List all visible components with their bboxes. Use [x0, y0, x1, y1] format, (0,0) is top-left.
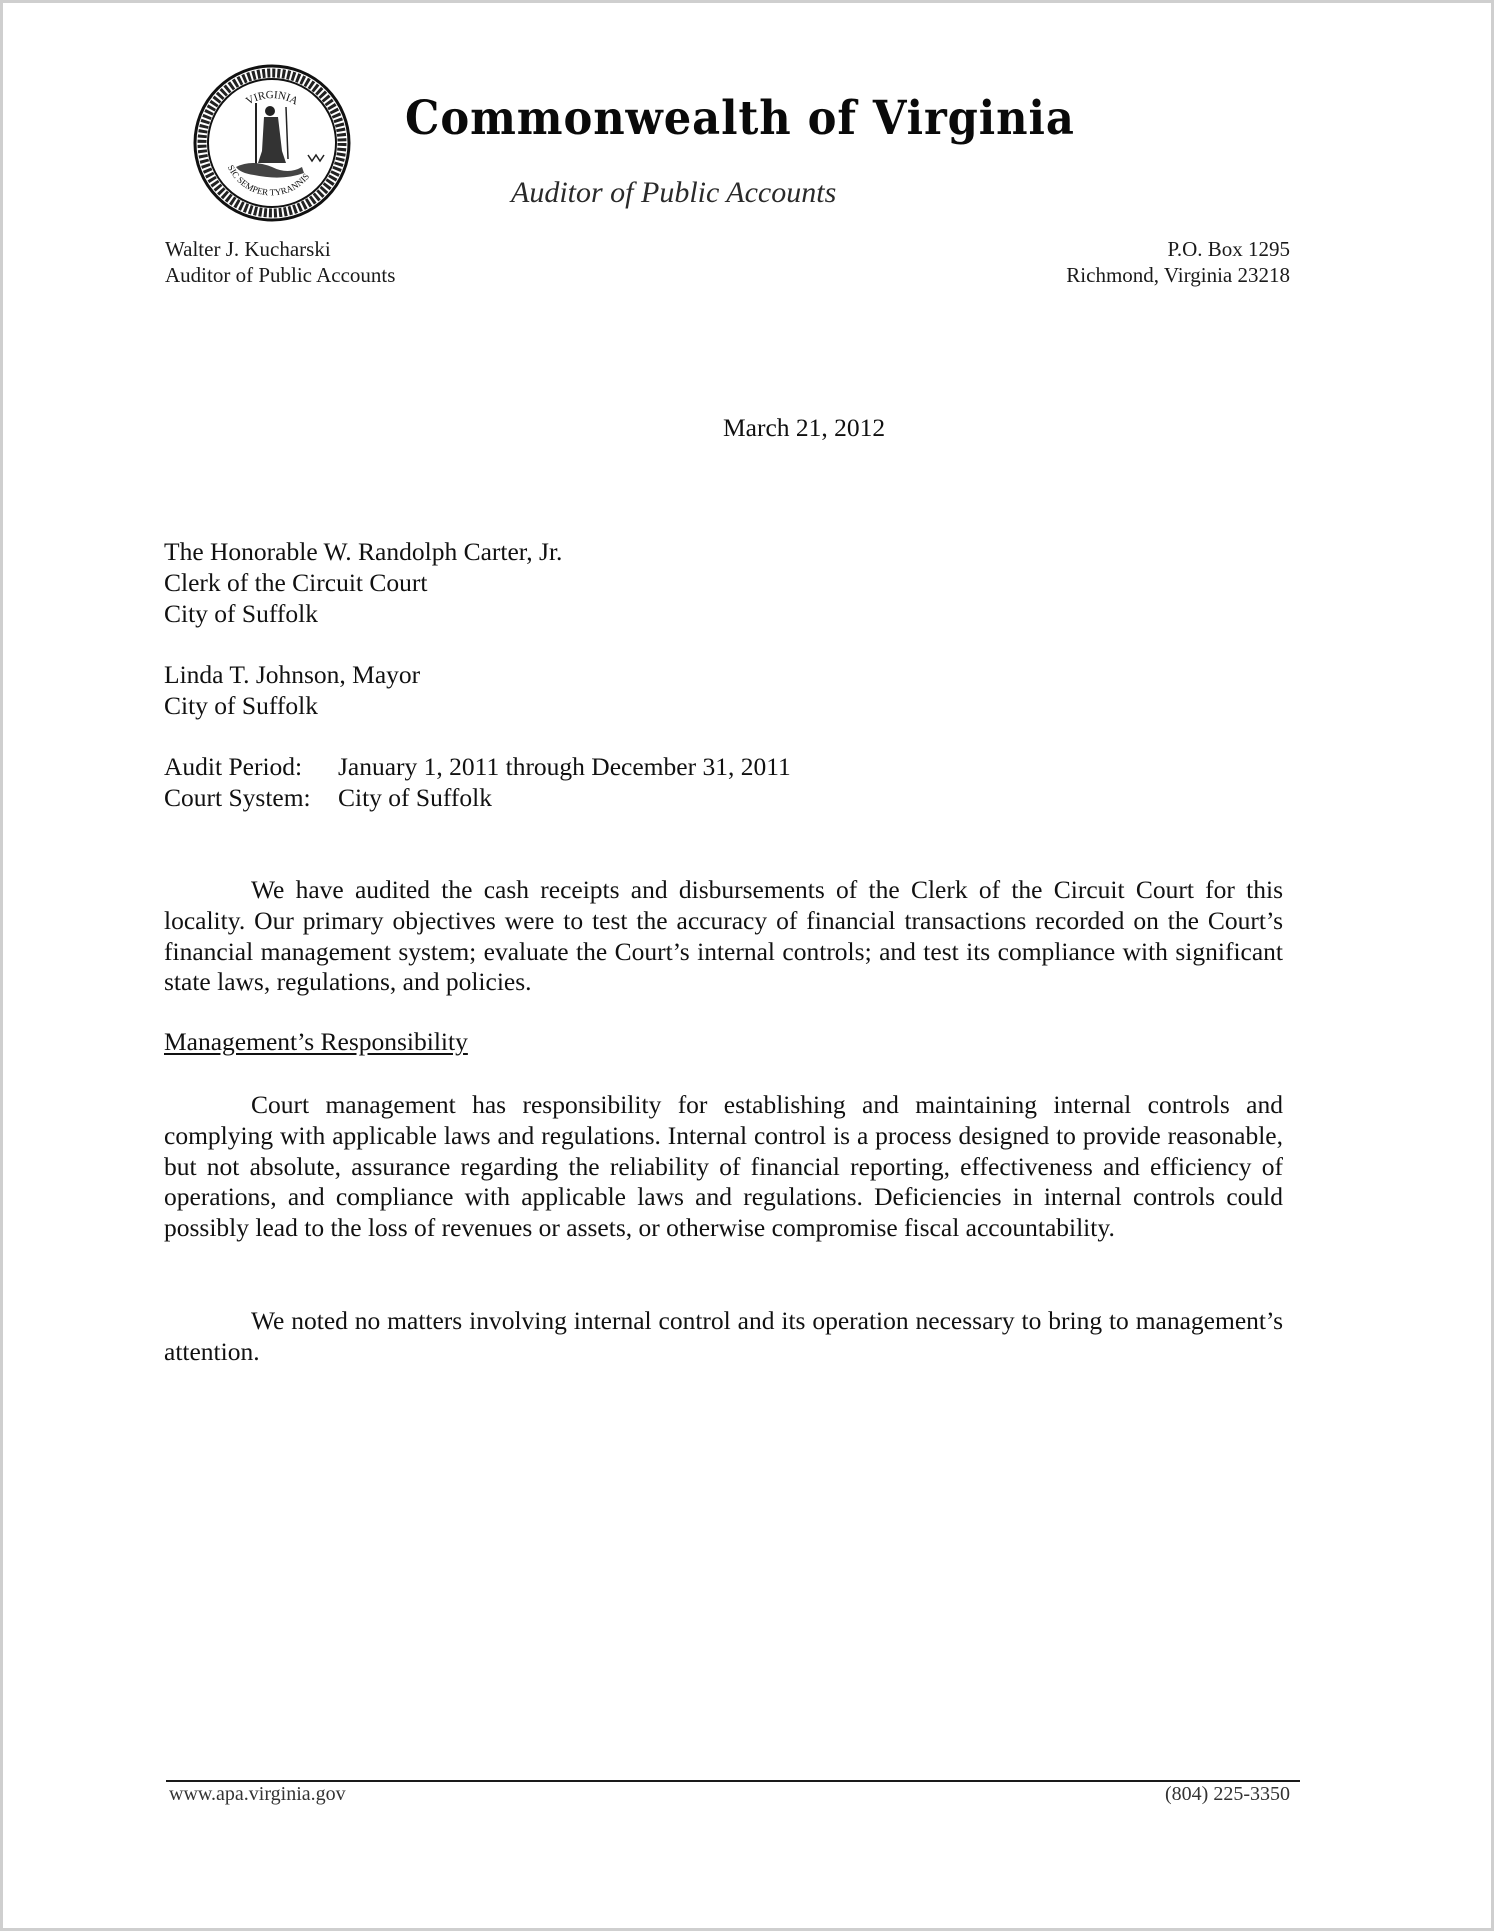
- auditor-title: Auditor of Public Accounts: [165, 262, 395, 288]
- letter-page: VIRGINIA SIC SEMPER TYRANNIS Commonwealt…: [0, 0, 1494, 1931]
- recipient-block-2: Linda T. Johnson, Mayor City of Suffolk: [164, 660, 420, 722]
- footer-phone: (804) 225-3350: [1165, 1783, 1290, 1806]
- paragraph-audit-scope: We have audited the cash receipts and di…: [164, 875, 1283, 998]
- section-heading: Management’s Responsibility: [164, 1027, 468, 1058]
- letter-date: March 21, 2012: [723, 413, 885, 444]
- paragraph-management-responsibility: Court management has responsibility for …: [164, 1090, 1283, 1244]
- audit-period-label: Audit Period:: [164, 752, 338, 783]
- court-system-value: City of Suffolk: [338, 783, 492, 814]
- recipient-line: City of Suffolk: [164, 599, 562, 630]
- letterhead-title: Commonwealth of Virginia: [405, 91, 1075, 146]
- recipient-block-1: The Honorable W. Randolph Carter, Jr. Cl…: [164, 537, 562, 629]
- virginia-state-seal-icon: VIRGINIA SIC SEMPER TYRANNIS: [192, 63, 352, 223]
- footer-website: www.apa.virginia.gov: [169, 1783, 346, 1806]
- audit-period-row: Audit Period: January 1, 2011 through De…: [164, 752, 791, 783]
- footer-divider: [166, 1780, 1300, 1782]
- recipient-line: The Honorable W. Randolph Carter, Jr.: [164, 537, 562, 568]
- auditor-name: Walter J. Kucharski: [165, 236, 395, 262]
- recipient-line: City of Suffolk: [164, 691, 420, 722]
- po-box: P.O. Box 1295: [1066, 236, 1290, 262]
- paragraph-conclusion: We noted no matters involving internal c…: [164, 1306, 1283, 1368]
- letterhead-subtitle: Auditor of Public Accounts: [511, 176, 836, 210]
- recipient-line: Clerk of the Circuit Court: [164, 568, 562, 599]
- recipient-line: Linda T. Johnson, Mayor: [164, 660, 420, 691]
- paragraph-text: Court management has responsibility for …: [164, 1090, 1283, 1242]
- audit-info-block: Audit Period: January 1, 2011 through De…: [164, 752, 791, 814]
- court-system-row: Court System: City of Suffolk: [164, 783, 791, 814]
- mailing-address-block: P.O. Box 1295 Richmond, Virginia 23218: [1066, 236, 1290, 288]
- audit-period-value: January 1, 2011 through December 31, 201…: [338, 752, 791, 783]
- paragraph-text: We noted no matters involving internal c…: [164, 1306, 1283, 1366]
- city-state-zip: Richmond, Virginia 23218: [1066, 262, 1290, 288]
- paragraph-text: We have audited the cash receipts and di…: [164, 875, 1283, 996]
- auditor-name-block: Walter J. Kucharski Auditor of Public Ac…: [165, 236, 395, 288]
- court-system-label: Court System:: [164, 783, 338, 814]
